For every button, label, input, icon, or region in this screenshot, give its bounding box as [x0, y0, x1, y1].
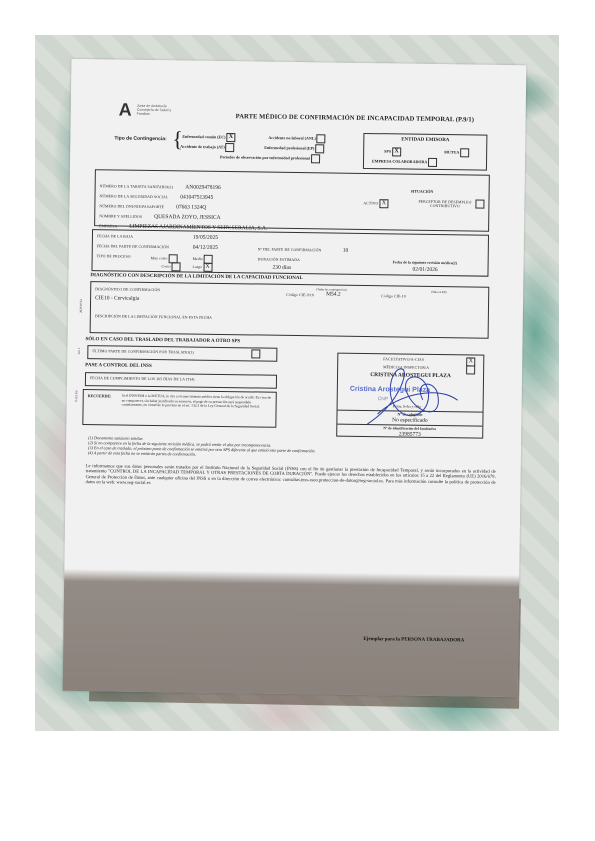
duracion-value: 230 días — [272, 265, 291, 271]
checkbox-traslado[interactable] — [251, 349, 260, 358]
checkbox-corto[interactable] — [172, 262, 181, 271]
option-at: Accidente de trabajo (AT) — [180, 142, 235, 152]
cie10-label: Código CIE-10 — [381, 294, 406, 298]
checkbox-ec[interactable]: X — [226, 133, 235, 142]
proceso-corto: Corto — [161, 262, 180, 271]
data-protection-notice: Le informamos que sus datos personales s… — [85, 463, 495, 490]
option-anl: Accidente no laboral (ANL) — [268, 134, 326, 144]
option-ep: Enfermedad profesional (EP) — [264, 144, 324, 154]
num-parte-label: Nº DEL PARTE DE CONFIRMACIÓN — [258, 247, 322, 252]
dates-box: FECHA DE LA BAJA 19/05/2025 FECHA DEL PA… — [91, 229, 489, 277]
diagnostico-confirm-label: DIAGNÓSTICO DE CONFIRMACIÓN — [95, 287, 160, 292]
num-parte-value: 10 — [343, 248, 349, 254]
entidad-mutua: MUTUA — [444, 148, 469, 157]
facultativo-box: FACULTATIVO/A-CIAS X MÉDICO/A INSPECTOR/… — [336, 353, 484, 439]
revision-label: Fecha de la siguiente revisión médica(2) — [393, 260, 457, 265]
limitacion-label: DESCRIPCIÓN DE LA LIMITACIÓN FUNCIONAL E… — [95, 314, 212, 320]
option-ec: Enfermedad común (EC) X — [182, 132, 235, 142]
recuerde-label: RECUERDE: — [88, 393, 112, 398]
diagnostico-section-title: DIAGNÓSTICO CON DESCRIPCIÓN DE LA LIMITA… — [90, 273, 303, 281]
form-title: PARTE MÉDICO DE CONFIRMACIÓN DE INCAPACI… — [236, 113, 475, 123]
revision-value: 02/01/2026 — [412, 267, 437, 273]
worker-data-box: NÚMERO DE LA TARJETA SANITARIA(1) AN0029… — [94, 169, 490, 232]
fecha-baja-value: 19/05/2025 — [193, 235, 218, 241]
logo-a-icon: A — [119, 100, 132, 121]
situacion-perceptor: PERCEPTOR DE DESEMPLEO CONTRIBUTIVO — [417, 200, 472, 209]
checkbox-ep[interactable] — [315, 144, 324, 153]
recuerde-box: RECUERDE: Si el INSS/ISM o la MUTUA, le … — [82, 389, 276, 428]
duracion-label: DURACIÓN ESTIMADA — [258, 257, 300, 262]
side-code-2: Art. 1 — [77, 347, 81, 354]
checkbox-activo[interactable]: X — [379, 199, 388, 208]
checkbox-mutua[interactable] — [460, 148, 469, 157]
junta-andalucia-logo: A Junta de Andalucía Consejería de Salud… — [119, 100, 179, 123]
checkbox-sps[interactable]: X — [392, 147, 401, 156]
fecha-baja-label: FECHA DE LA BAJA — [97, 234, 133, 239]
paper-shadow — [63, 569, 520, 697]
footnotes: (1) Documento sanitario similar. (2) Si … — [88, 435, 488, 461]
checkbox-largo[interactable]: X — [203, 263, 212, 272]
contingencia-label: Tipo de Contingencia: — [114, 135, 167, 142]
checkbox-anl[interactable] — [317, 134, 326, 143]
cie10-note: (Sólo en EP) — [431, 290, 446, 294]
checkbox-empresa-colaboradora[interactable] — [428, 158, 437, 167]
traslado-ultimo-label: ÚLTIMO PARTE DE CONFIRMACIÓN POR TRASLAD… — [92, 349, 193, 354]
situacion-title: SITUACIÓN — [411, 189, 434, 194]
logo-line-2: Consejería de Salud y Familias — [137, 108, 179, 117]
entidad-empresa: EMPRESA COLABORADORA — [372, 157, 437, 167]
side-code-3: P-9/2 V.6 — [74, 390, 78, 401]
checkbox-perceptor[interactable] — [475, 200, 484, 209]
inss-fecha-label: FECHA DE CUMPLIMIENTO DE LOS 365 DÍAS DE… — [90, 376, 195, 381]
entidad-emisora-box: ENTIDAD EMISORA SPS X MUTUA EMPRESA COLA… — [363, 133, 487, 171]
fecha-parte-value: 04/12/2025 — [193, 245, 218, 251]
entidad-sps: SPS X — [384, 147, 401, 156]
entidad-emisora-title: ENTIDAD EMISORA — [364, 137, 486, 144]
option-observacion: Períodos de observación por enfermedad p… — [220, 153, 320, 163]
traslado-section-title: SÓLO EN CASO DEL TRASLADO DEL TRABAJADOR… — [85, 337, 240, 344]
tipo-proceso-label: TIPO DE PROCESO — [97, 254, 131, 258]
traslado-box: ÚLTIMO PARTE DE CONFIRMACIÓN POR TRASLAD… — [87, 345, 277, 362]
diagnostico-confirm-value: CIE10 - Cervicalgia — [95, 295, 139, 302]
side-code-1: 2023/07/12 — [79, 299, 83, 313]
recuerde-text: Si el INSS/ISM o la MUTUA, le cita a rec… — [122, 394, 272, 410]
inss-box: FECHA DE CUMPLIMIENTO DE LOS 365 DÍAS DE… — [85, 372, 277, 389]
situacion-activo: ACTIVO X — [363, 199, 388, 208]
medical-form-page: A Junta de Andalucía Consejería de Salud… — [63, 59, 527, 697]
inss-section-title: PASE A CONTROL DEL INSS — [85, 363, 152, 369]
checkbox-observacion[interactable] — [311, 154, 320, 163]
diagnostico-box: DIAGNÓSTICO DE CONFIRMACIÓN CIE10 - Cerv… — [90, 281, 490, 339]
cie9-label: Código CIE-9/10 — [286, 293, 314, 297]
fecha-parte-label: FECHA DEL PARTE DE CONFIRMACIÓN — [97, 244, 169, 249]
signature-scribble — [337, 354, 483, 438]
checkbox-at[interactable] — [226, 143, 235, 152]
proceso-largo: Largo X — [192, 263, 212, 272]
cie9-value: M54.2 — [326, 291, 341, 297]
